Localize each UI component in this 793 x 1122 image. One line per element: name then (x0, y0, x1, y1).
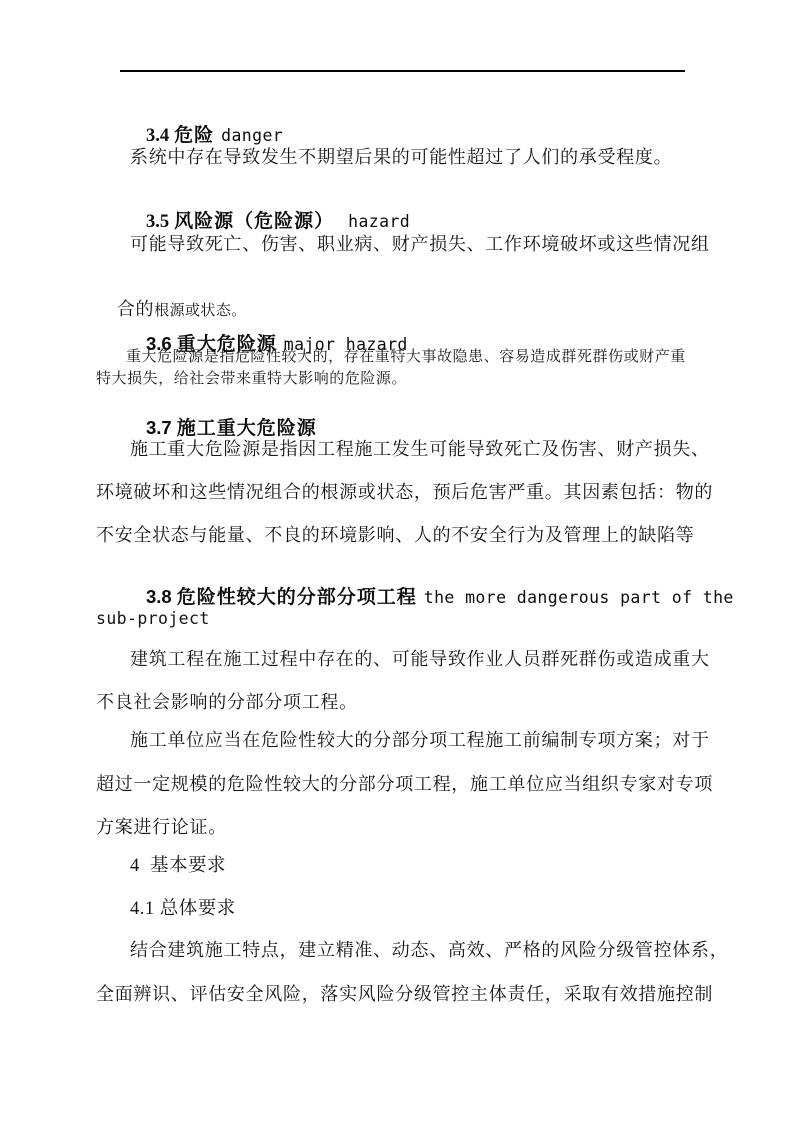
section-title-en: danger (221, 126, 283, 145)
paragraph-3-7-line-2: 环境破坏和这些情况组合的根源或状态，预后危害严重。其因素包括：物的 (96, 481, 713, 504)
section-heading-3-8-en-line-2: sub-project (96, 609, 210, 630)
paragraph-3-8b-line-2: 超过一定规模的危险性较大的分部分项工程，施工单位应当组织专家对专项 (96, 773, 713, 796)
paragraph-3-4-line-1: 系统中存在导致发生不期望后果的可能性超过了人们的承受程度。 (130, 146, 672, 169)
paragraph-3-8-line-1: 建筑工程在施工过程中存在的、可能导致作业人员群死群伤或造成重大 (130, 648, 710, 671)
paragraph-3-6-line-1: 重大危险源是指危险性较大的，存在重特大事故隐患、容易造成群死群伤或财产重 (126, 348, 686, 367)
section-title-zh: 危险 (174, 125, 214, 146)
section-title-zh: 风险源（危险源） (174, 211, 334, 232)
section-title-zh: 危险性较大的分部分项工程 (177, 587, 417, 608)
paragraph-4-1-line-2: 全面辨识、评估安全风险，落实风险分级管控主体责任，采取有效措施控制 (96, 983, 713, 1006)
paragraph-3-8b-line-3: 方案进行论证。 (96, 816, 227, 839)
header-rule (120, 70, 685, 72)
section-number: 3.8 (146, 586, 172, 607)
section-heading-3-6: 3.6重大危险源major hazard (130, 312, 408, 377)
section-title-zh: 施工重大危险源 (177, 418, 317, 439)
paragraph-3-8-line-2: 不良社会影响的分部分项工程。 (96, 691, 358, 714)
document-page: 3.4危险danger 系统中存在导致发生不期望后果的可能性超过了人们的承受程度… (0, 0, 793, 1122)
section-heading-4-1: 4.1 总体要求 (130, 898, 236, 921)
paragraph-3-8b-line-1: 施工单位应当在危险性较大的分部分项工程施工前编制专项方案；对于 (130, 729, 710, 752)
section-title-en: the more dangerous part of the (424, 588, 734, 607)
paragraph-3-5-line-1: 可能导致死亡、伤害、职业病、财产损失、工作环境破坏或这些情况组 (130, 233, 710, 256)
paragraph-4-1-line-1: 结合建筑施工特点，建立精准、动态、高效、严格的风险分级管控体系， (130, 939, 728, 962)
section-title-en: hazard (348, 212, 410, 231)
section-number: 3.4 (146, 126, 169, 146)
section-heading-4: 4 基本要求 (130, 855, 226, 878)
section-heading-3-8: 3.8危险性较大的分部分项工程the more dangerous part o… (130, 565, 734, 630)
paragraph-3-6-line-2: 特大损失，给社会带来重特大影响的危险源。 (96, 370, 407, 389)
section-number: 3.5 (146, 212, 169, 232)
section-number: 3.7 (146, 417, 172, 438)
paragraph-3-7-line-3: 不安全状态与能量、不良的环境影响、人的不安全行为及管理上的缺陷等 (96, 524, 694, 547)
paragraph-3-7-line-1: 施工重大危险源是指因工程施工发生可能导致死亡及伤害、财产损失、 (130, 438, 710, 461)
